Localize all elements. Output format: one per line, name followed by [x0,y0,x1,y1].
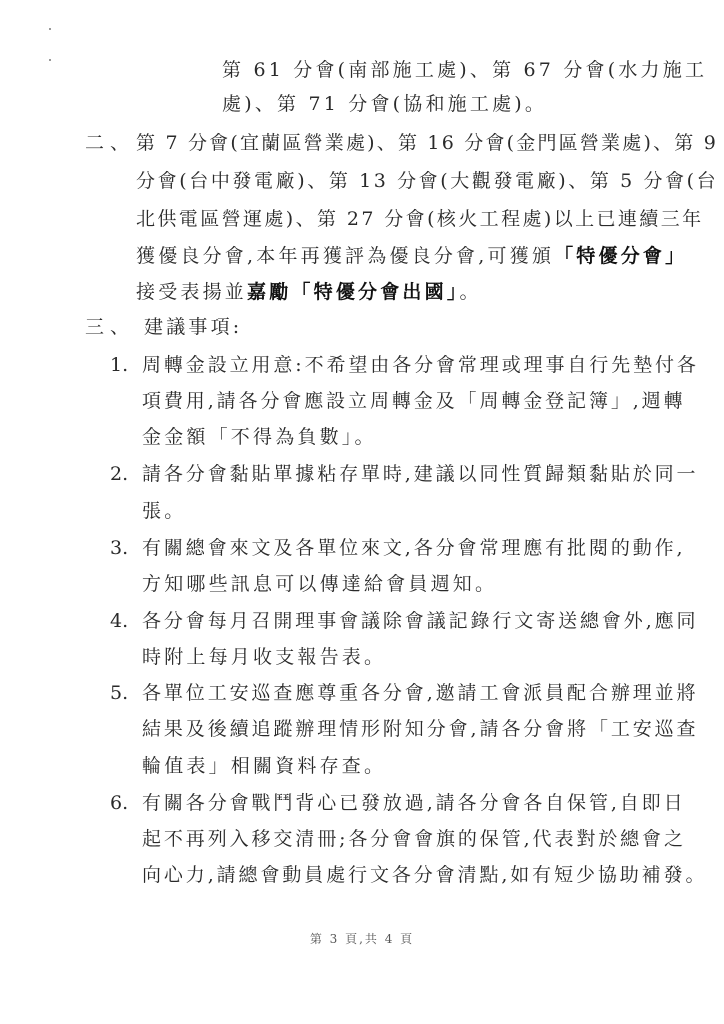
text-line: 第 61 分會(南部施工處)、第 67 分會(水力施工 [222,58,707,82]
text-line: 各單位工安巡查應尊重各分會,邀請工會派員配合辦理並將 [142,681,698,705]
bold-award: 嘉勵「特優分會出國」 [247,281,460,303]
item-number: 1. [110,353,128,377]
item-number: 3. [110,536,128,560]
text-line: 有關各分會戰鬥背心已發放過,請各分會各自保管,自即日 [142,791,685,815]
text-run: 獲優良分會,本年再獲評為優良分會,可獲頒 [136,245,554,267]
scan-speck [49,59,51,61]
text-line: 向心力,請總會動員處行文各分會清點,如有短少協助補發。 [142,863,707,887]
text-line: 接受表揚並嘉勵「特優分會出國」。 [136,280,482,304]
text-line: 時附上每月收支報告表。 [142,645,386,669]
text-line: 第 7 分會(宜蘭區營業處)、第 16 分會(金門區營業處)、第 9 [136,131,718,155]
text-line: 方知哪些訊息可以傳達給會員週知。 [142,572,497,596]
text-line: 金金額「不得為負數」。 [142,425,377,449]
text-line: 請各分會黏貼單據粘存單時,建議以同性質歸類黏貼於同一 [142,462,698,486]
text-line: 北供電區營運處)、第 27 分會(核火工程處)以上已連續三年 [136,207,704,231]
text-run: 。 [460,281,482,303]
bold-award: 「特優分會」 [554,245,687,267]
item-number: 2. [110,462,128,486]
text-line: 周轉金設立用意:不希望由各分會常理或理事自行先墊付各 [142,353,699,377]
text-run: 接受表揚並 [136,281,247,303]
item-number: 4. [110,609,128,633]
section-marker: 三、 [85,315,135,339]
text-line: 結果及後續追蹤辦理情形附知分會,請各分會將「工安巡查 [142,717,698,741]
page-number: 第 3 頁,共 4 頁 [0,930,724,947]
text-line: 輪值表」相關資料存查。 [142,754,386,778]
item-number: 5. [110,681,128,705]
text-line: 項費用,請各分會應設立周轉金及「周轉金登記簿」,週轉 [142,389,685,413]
text-line: 獲優良分會,本年再獲評為優良分會,可獲頒「特優分會」 [136,244,687,268]
text-line: 各分會每月召開理事會議除會議記錄行文寄送總會外,應同 [142,609,698,633]
scan-speck [49,28,51,30]
section-marker: 二、 [85,131,135,155]
text-line: 有關總會來文及各單位來文,各分會常理應有批閱的動作, [142,536,685,560]
text-line: 起不再列入移交清冊;各分會會旗的保管,代表對於總會之 [142,827,686,851]
text-line: 處)、第 71 分會(協和施工處)。 [222,92,547,116]
text-line: 張。 [142,499,186,523]
section-heading: 建議事項: [144,315,242,339]
item-number: 6. [110,791,128,815]
text-line: 分會(台中發電廠)、第 13 分會(大觀發電廠)、第 5 分會(台 [136,169,718,193]
